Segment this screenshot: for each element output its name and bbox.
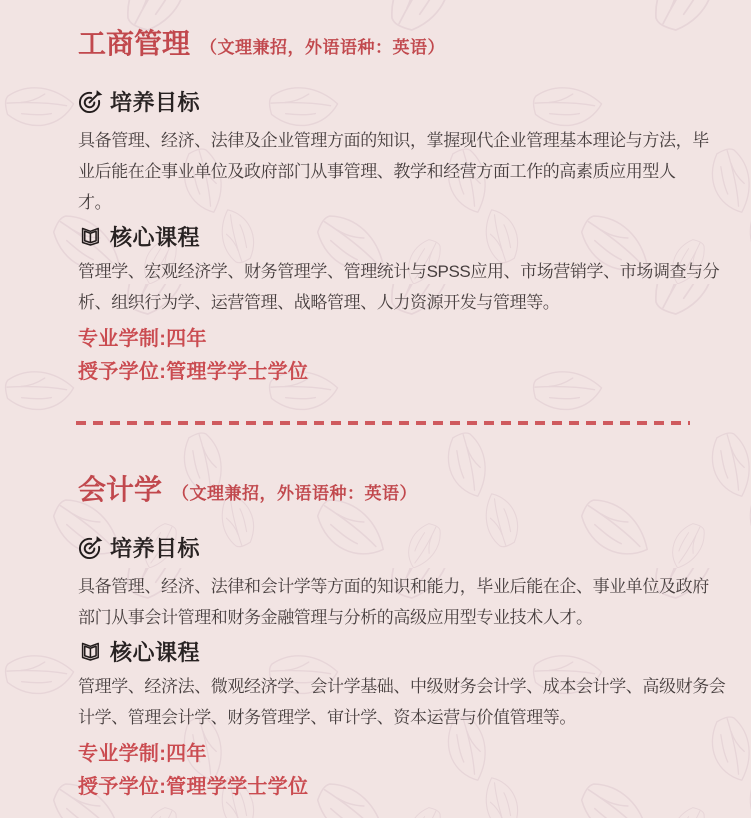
courses-heading: 核心课程 [110, 221, 200, 252]
dashed-divider [76, 421, 690, 425]
degree-label: 授予学位: [78, 361, 166, 383]
duration-label: 专业学制: [78, 743, 166, 765]
goal-heading-row: 培养目标 [78, 533, 740, 561]
goal-heading: 培养目标 [110, 86, 200, 117]
goal-text: 具备管理、经济、法律及企业管理方面的知识，掌握现代企业管理基本理论与方法，毕 业… [78, 125, 740, 218]
degree-value: 管理学学士学位 [166, 776, 308, 798]
duration-line: 专业学制:四年 [78, 741, 740, 767]
major-title: 会计学 [78, 474, 162, 506]
courses-heading-row: 核心课程 [78, 637, 740, 665]
goal-heading: 培养目标 [110, 532, 200, 563]
courses-text: 管理学、宏观经济学、财务管理学、管理统计与SPSS应用、市场营销学、市场调查与分… [78, 256, 740, 318]
courses-heading: 核心课程 [110, 636, 200, 667]
major-subtitle: （文理兼招，外语语种：英语） [200, 33, 445, 58]
degree-label: 授予学位: [78, 776, 166, 798]
goal-text: 具备管理、经济、法律和会计学等方面的知识和能力，毕业后能在企、事业单位及政府 部… [78, 571, 740, 633]
duration-label: 专业学制: [78, 328, 166, 350]
major-subtitle: （文理兼招，外语语种：英语） [172, 479, 417, 504]
major-section-business-administration: 工商管理 （文理兼招，外语语种：英语） 培养目标 具备管理、经济、法律及企业管理… [78, 28, 740, 385]
duration-value: 四年 [166, 328, 207, 350]
major-title: 工商管理 [78, 28, 190, 60]
book-icon [78, 639, 103, 664]
duration-value: 四年 [166, 743, 207, 765]
target-icon [78, 535, 103, 560]
major-title-row: 会计学 （文理兼招，外语语种：英语） [78, 474, 740, 506]
major-title-row: 工商管理 （文理兼招，外语语种：英语） [78, 28, 740, 60]
target-icon [78, 89, 103, 114]
major-section-accounting: 会计学 （文理兼招，外语语种：英语） 培养目标 具备管理、经济、法律和会计学等方… [78, 474, 740, 800]
courses-text: 管理学、经济法、微观经济学、会计学基础、中级财务会计学、成本会计学、高级财务会 … [78, 671, 740, 733]
duration-line: 专业学制:四年 [78, 326, 740, 352]
degree-value: 管理学学士学位 [166, 361, 308, 383]
page: 工商管理 （文理兼招，外语语种：英语） 培养目标 具备管理、经济、法律及企业管理… [78, 0, 740, 800]
courses-heading-row: 核心课程 [78, 222, 740, 250]
book-icon [78, 224, 103, 249]
degree-line: 授予学位:管理学学士学位 [78, 774, 740, 800]
degree-line: 授予学位:管理学学士学位 [78, 359, 740, 385]
goal-heading-row: 培养目标 [78, 87, 740, 115]
